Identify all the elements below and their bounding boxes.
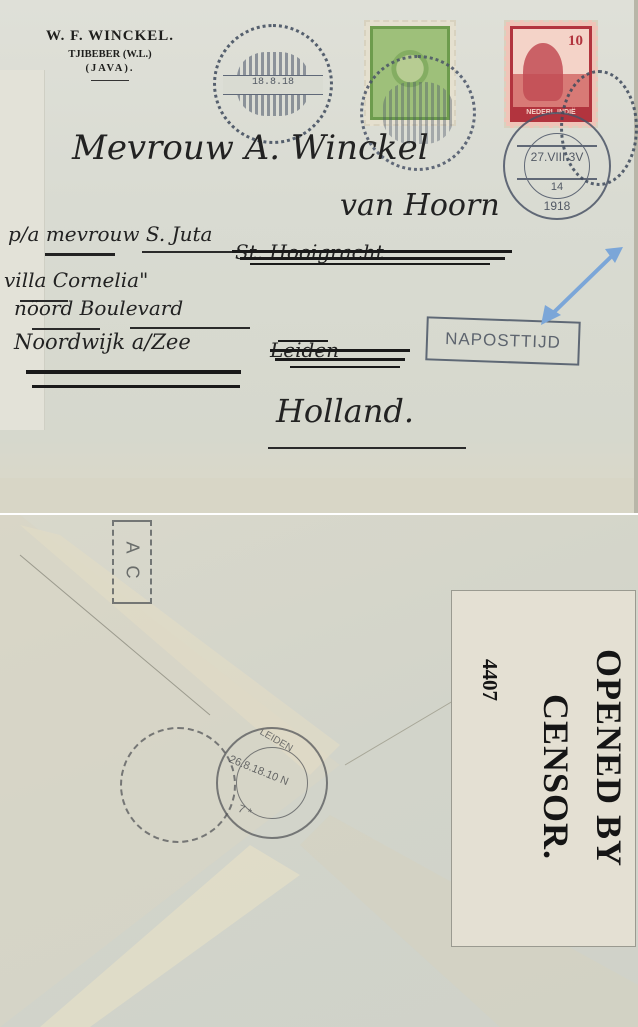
- address-line-villa: villa Cornelia": [4, 268, 148, 292]
- paper-bottom-band: [0, 478, 638, 513]
- address-line-name-cont: van Hoorn: [340, 188, 500, 223]
- underline: [268, 447, 466, 449]
- underline: [45, 253, 115, 256]
- postmark-date: 18.8.18: [223, 75, 323, 95]
- sender-imprint: W. F. WINCKEL. TJIBEBER (W.L.) (JAVA).: [30, 28, 190, 81]
- queen-portrait-icon: [523, 43, 563, 101]
- address-line-country: Holland.: [276, 392, 414, 430]
- postmark-leiden: LEIDEN 26.8.18.10 N 7 *: [216, 727, 328, 839]
- strikethrough: [278, 340, 328, 342]
- paper-edge: [634, 0, 638, 513]
- strikethrough: [270, 349, 410, 352]
- underline: [130, 327, 250, 329]
- ac-label: A C: [122, 541, 143, 582]
- address-line-town: Noordwijk a/Zee: [14, 330, 191, 354]
- ac-box-stamp: A C: [112, 520, 152, 604]
- sender-rule: [91, 80, 129, 81]
- postmark-partial: [560, 70, 638, 186]
- paper-fold-strip: [0, 70, 45, 430]
- strikethrough: [275, 358, 405, 361]
- sender-name: W. F. WINCKEL.: [30, 28, 190, 45]
- postmark-year: 1918: [505, 199, 609, 213]
- stamp-value: 10: [568, 33, 583, 50]
- address-line-street: nöord Boulevard: [14, 296, 183, 320]
- censor-number: 4407: [477, 659, 502, 701]
- address-line-addressee: Mevrouw A. Winckel: [72, 128, 429, 168]
- strikethrough: [290, 366, 400, 368]
- strikethrough: [32, 385, 240, 388]
- censor-text-line1: OPENED BY: [588, 649, 630, 867]
- strikethrough: [232, 250, 512, 253]
- censor-label: OPENED BY CENSOR. 4407: [451, 590, 636, 947]
- address-line-care-of: p/a mevrouw S. Juta: [8, 222, 212, 246]
- strikethrough: [240, 257, 505, 260]
- strikethrough: [250, 263, 490, 265]
- sender-region: (JAVA).: [30, 63, 190, 74]
- envelope-front: W. F. WINCKEL. TJIBEBER (W.L.) (JAVA). 1…: [0, 0, 638, 513]
- sender-place: TJIBEBER (W.L.): [30, 49, 190, 60]
- censor-text-line2: CENSOR.: [535, 694, 577, 860]
- strikethrough: [26, 370, 241, 374]
- postmark-tjibeber: 18.8.18: [213, 24, 333, 144]
- blue-arrow-icon: [535, 245, 625, 325]
